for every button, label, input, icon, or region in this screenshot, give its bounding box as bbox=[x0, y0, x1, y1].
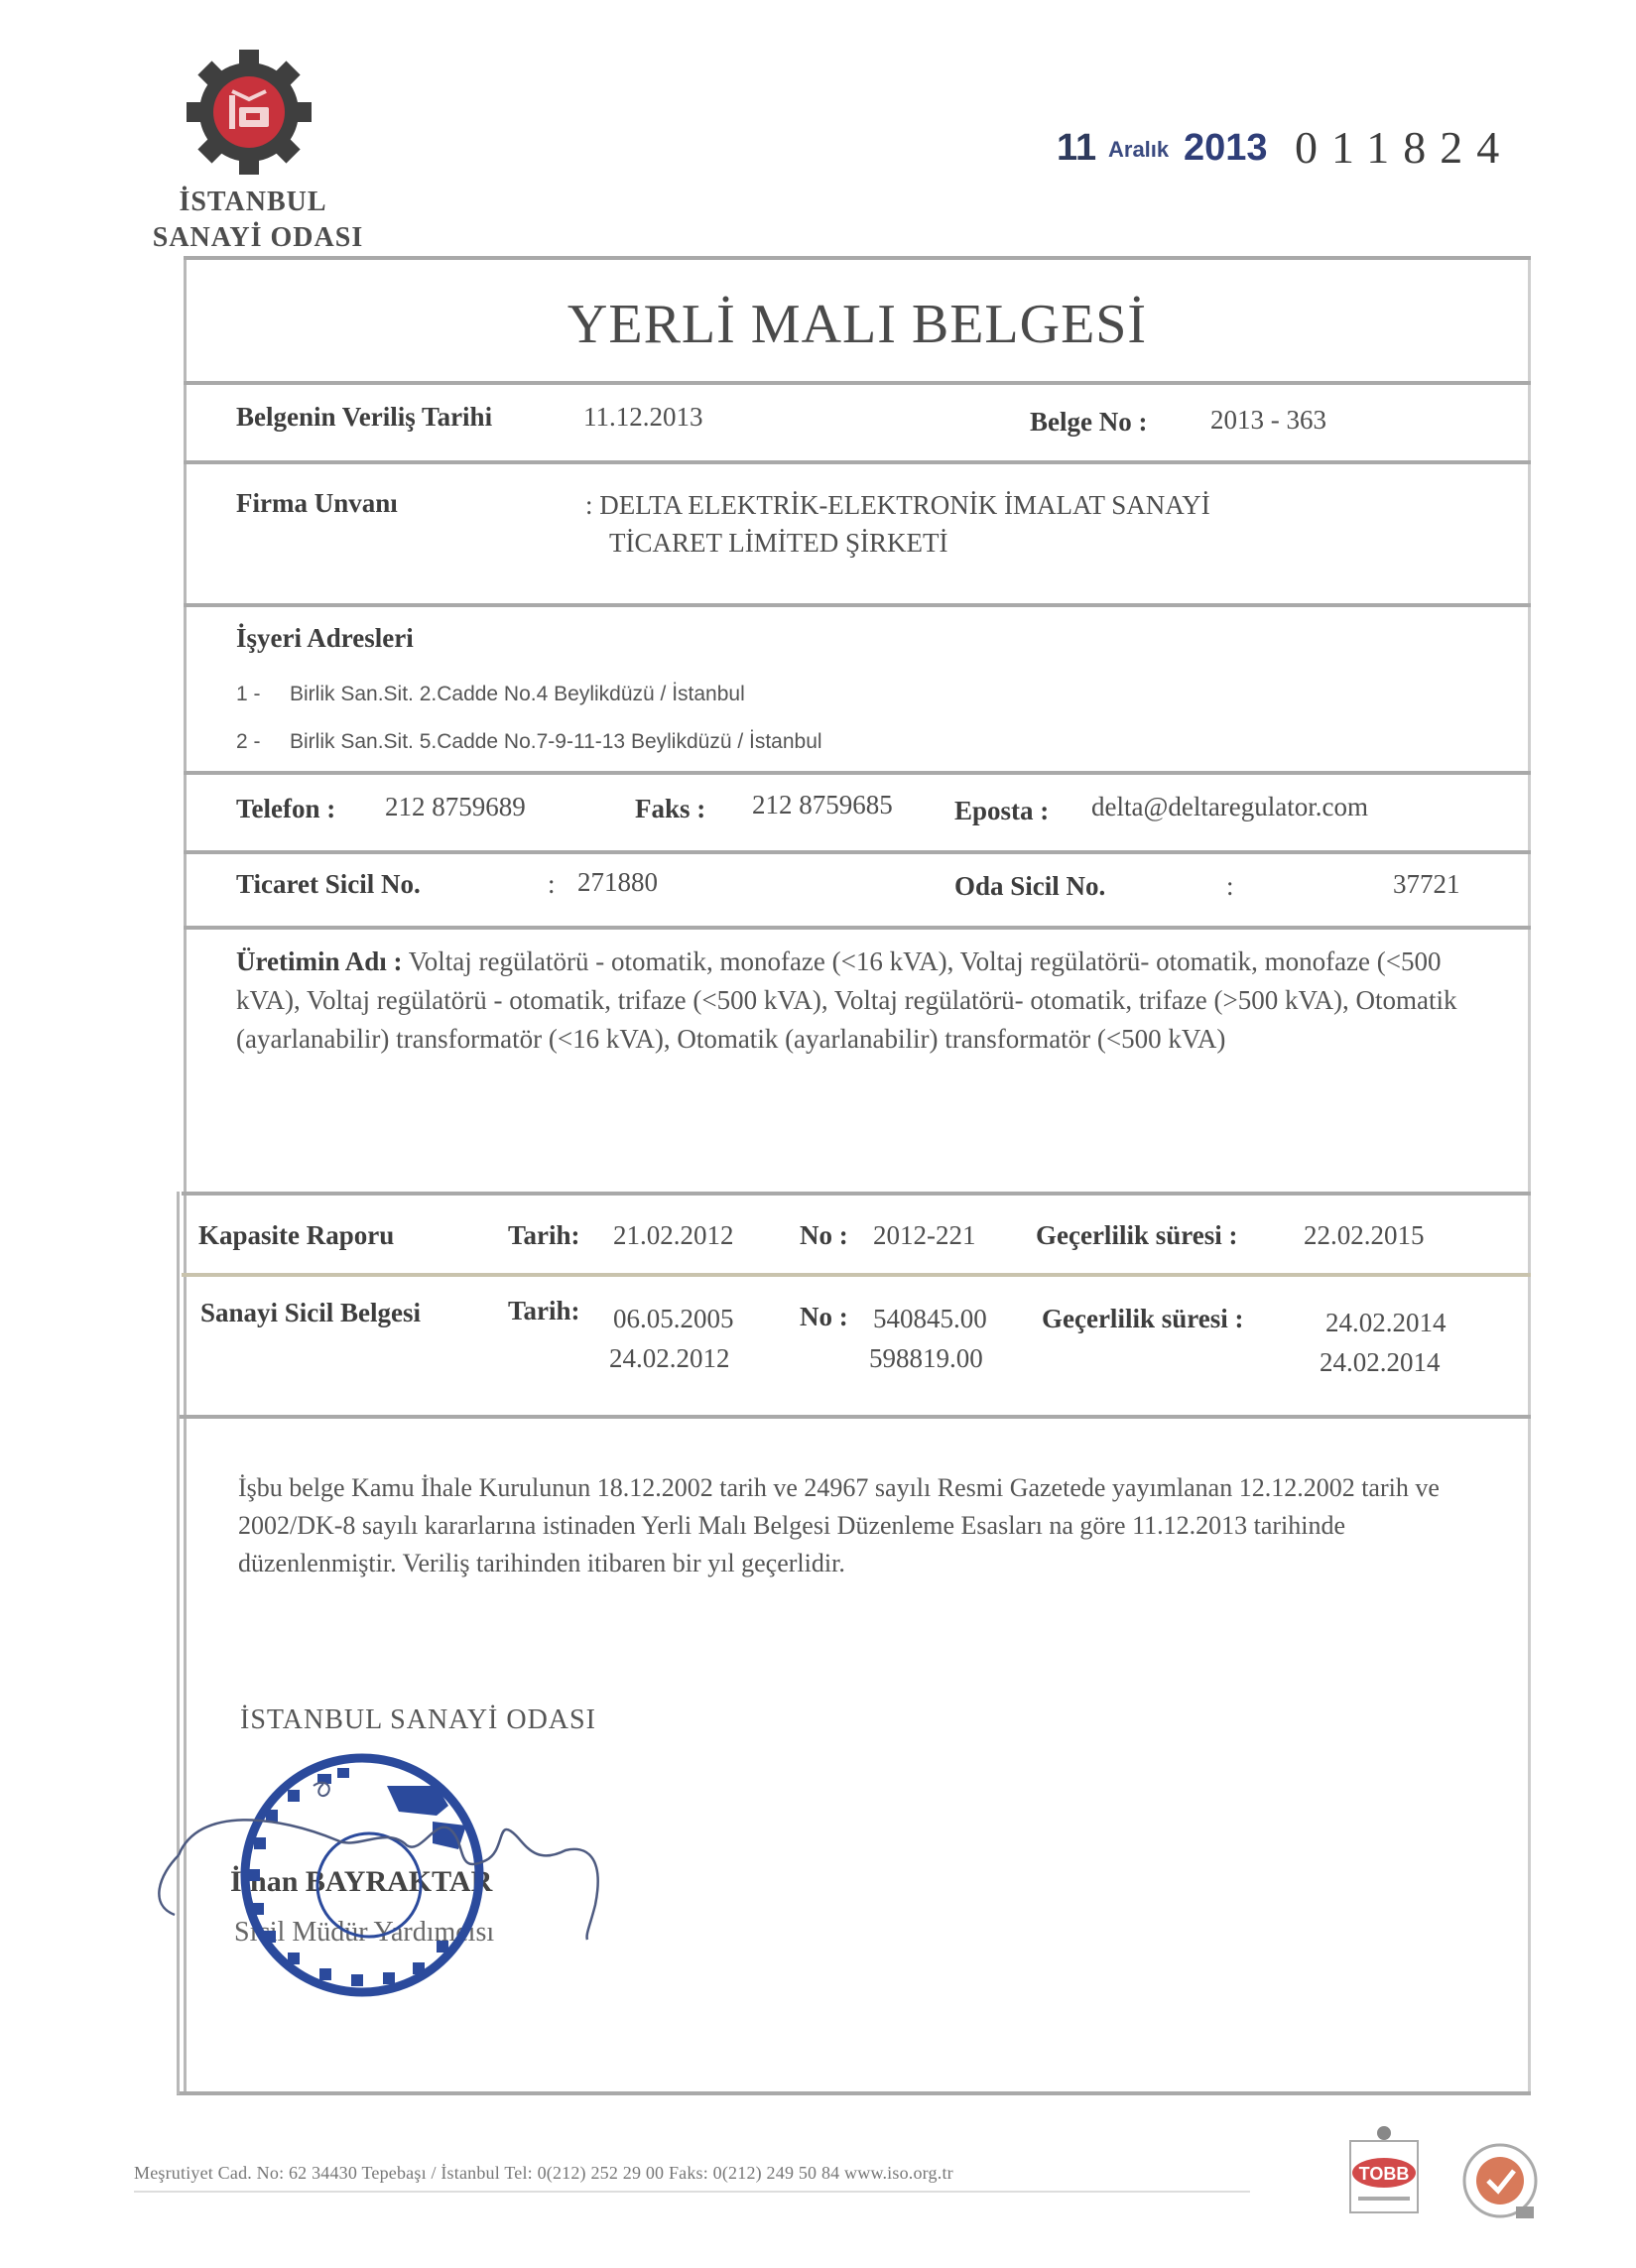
chamber-registry-sep: : bbox=[1226, 871, 1234, 902]
official-seal-icon bbox=[139, 1726, 675, 2014]
iso-gear-logo-icon bbox=[185, 48, 314, 177]
rule bbox=[184, 771, 1531, 775]
footer-address: Meşrutiyet Cad. No: 62 34430 Tepebaşı / … bbox=[134, 2163, 953, 2184]
industry-validity: 24.02.2014 bbox=[1320, 1347, 1441, 1378]
capacity-no: 2012-221 bbox=[873, 1220, 976, 1251]
trade-registry-sep: : bbox=[548, 869, 556, 900]
serial-number: 011824 bbox=[1295, 121, 1513, 174]
fax-label: Faks : bbox=[635, 794, 705, 824]
doc-no-label: Belge No : bbox=[1030, 407, 1147, 438]
rule-top bbox=[184, 256, 1531, 260]
rule bbox=[184, 926, 1531, 930]
industry-no: 540845.00 bbox=[873, 1304, 987, 1334]
page-title: YERLİ MALI BELGESİ bbox=[184, 293, 1531, 356]
tobb-logo-icon: TOBB bbox=[1344, 2123, 1424, 2217]
rule bbox=[182, 1273, 1531, 1277]
industry-registry-label: Sanayi Sicil Belgesi bbox=[200, 1298, 421, 1328]
issue-date-label: Belgenin Veriliş Tarihi bbox=[236, 402, 492, 433]
capacity-validity-label: Geçerlilik süresi : bbox=[1036, 1220, 1237, 1251]
capacity-date-label: Tarih: bbox=[508, 1220, 580, 1251]
stamp-year: 2013 bbox=[1184, 127, 1268, 170]
industry-date: 06.05.2005 bbox=[613, 1304, 734, 1334]
industry-date-label: Tarih: bbox=[508, 1296, 580, 1326]
email-label: Eposta : bbox=[954, 796, 1049, 826]
stamp-month: Aralık bbox=[1108, 137, 1169, 163]
footer-divider bbox=[134, 2191, 1250, 2193]
logo-text-sanayi-odasi: SANAYİ ODASI bbox=[134, 222, 382, 254]
chamber-registry-label: Oda Sicil No. bbox=[954, 871, 1105, 902]
legal-text: İşbu belge Kamu İhale Kurulunun 18.12.20… bbox=[238, 1469, 1488, 1582]
rule bbox=[184, 603, 1531, 607]
capacity-no-label: No : bbox=[800, 1220, 848, 1251]
industry-date: 24.02.2012 bbox=[609, 1343, 730, 1374]
address-item: Birlik San.Sit. 2.Cadde No.4 Beylikdüzü … bbox=[290, 683, 745, 706]
logo-text-istanbul: İSTANBUL bbox=[129, 187, 377, 218]
industry-validity: 24.02.2014 bbox=[1325, 1308, 1447, 1338]
production-label: Üretimin Adı : bbox=[236, 946, 403, 976]
industry-no-label: No : bbox=[800, 1302, 848, 1332]
rule bbox=[184, 460, 1531, 464]
production-text: Voltaj regülatörü - otomatik, monofaze (… bbox=[236, 946, 1456, 1054]
svg-text:TOBB: TOBB bbox=[1359, 2164, 1410, 2184]
phone-label: Telefon : bbox=[236, 794, 335, 824]
email-value: delta@deltaregulator.com bbox=[1091, 792, 1368, 822]
company-label: Firma Unvanı bbox=[236, 488, 398, 519]
company-name-line2: TİCARET LİMİTED ŞİRKETİ bbox=[609, 528, 947, 559]
fax-value: 212 8759685 bbox=[752, 790, 893, 820]
industry-validity-label: Geçerlilik süresi : bbox=[1042, 1304, 1243, 1334]
stamp-day: 11 bbox=[1057, 127, 1096, 170]
rule bbox=[182, 1192, 1531, 1196]
production-block: Üretimin Adı : Voltaj regülatörü - otoma… bbox=[236, 943, 1496, 1059]
capacity-validity: 22.02.2015 bbox=[1304, 1220, 1425, 1251]
rule-bottom bbox=[177, 2091, 1531, 2095]
rule bbox=[184, 381, 1531, 385]
company-name-line1: : DELTA ELEKTRİK-ELEKTRONİK İMALAT SANAY… bbox=[585, 490, 1210, 521]
rule bbox=[179, 1415, 1531, 1419]
certification-badge-icon bbox=[1458, 2141, 1542, 2224]
rule bbox=[184, 850, 1531, 854]
issue-date-value: 11.12.2013 bbox=[583, 402, 703, 433]
trade-registry-label: Ticaret Sicil No. bbox=[236, 869, 421, 900]
addresses-label: İşyeri Adresleri bbox=[236, 623, 414, 654]
doc-no-value: 2013 - 363 bbox=[1210, 405, 1326, 436]
address-item: Birlik San.Sit. 5.Cadde No.7-9-11-13 Bey… bbox=[290, 730, 822, 754]
phone-value: 212 8759689 bbox=[385, 792, 526, 822]
capacity-date: 21.02.2012 bbox=[613, 1220, 734, 1251]
trade-registry-no: 271880 bbox=[577, 867, 658, 898]
address-index: 1 - bbox=[236, 683, 261, 706]
capacity-report-label: Kapasite Raporu bbox=[198, 1220, 394, 1251]
industry-no: 598819.00 bbox=[869, 1343, 983, 1374]
address-index: 2 - bbox=[236, 730, 261, 754]
chamber-registry-no: 37721 bbox=[1393, 869, 1460, 900]
